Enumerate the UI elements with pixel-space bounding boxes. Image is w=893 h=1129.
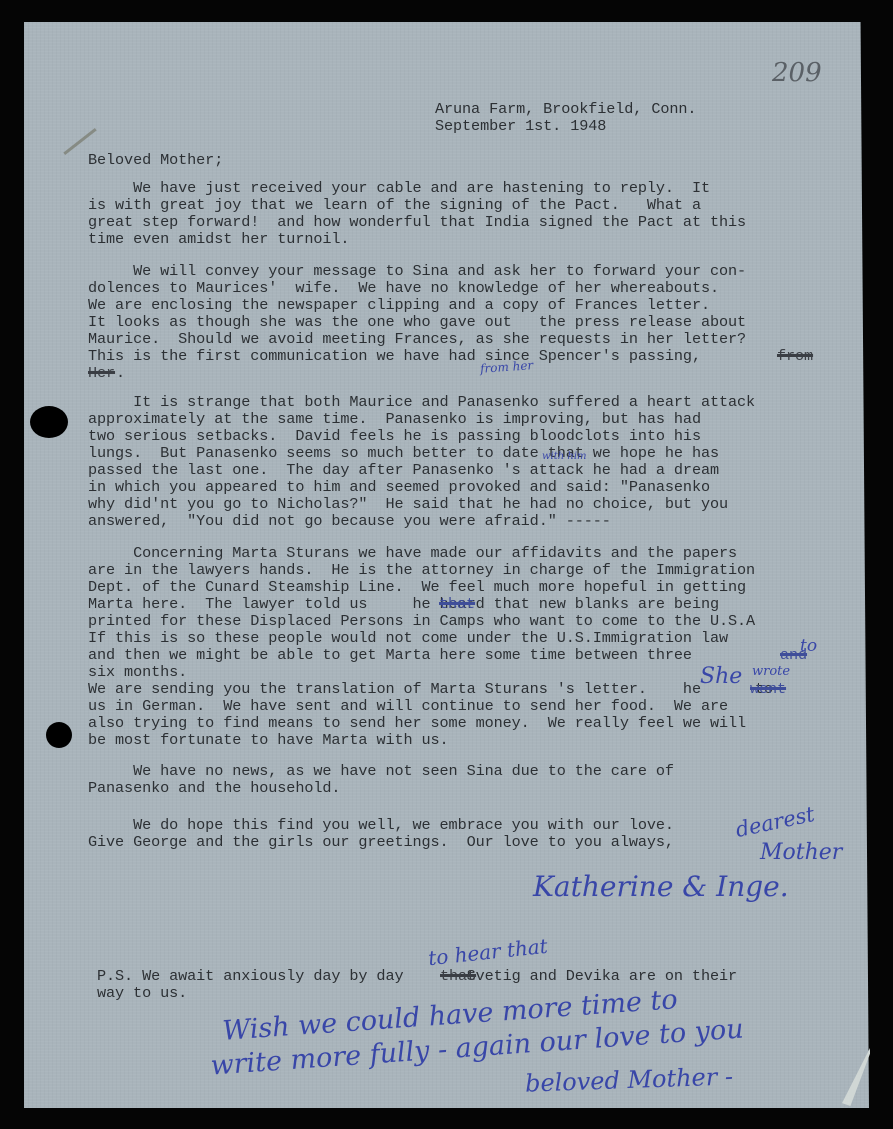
text-line: We do hope this find you well, we embrac… (88, 817, 674, 834)
text-line: We have no news, as we have not seen Sin… (88, 763, 674, 780)
text-line: answered, "You did not go because you we… (88, 513, 611, 530)
sender-address: Aruna Farm, Brookfield, Conn. (435, 101, 696, 118)
text-line: We are sending you the translation of Ma… (88, 681, 773, 698)
text-line: dolences to Maurices' wife. We have no k… (88, 280, 719, 297)
text-line: six months. (88, 664, 187, 681)
text-line: is with great joy that we learn of the s… (88, 197, 701, 214)
text-line: be most fortunate to have Marta with us. (88, 732, 449, 749)
text-line: us in German. We have sent and will cont… (88, 698, 728, 715)
struck-text: went (750, 681, 786, 698)
handwritten-insert: Mother (760, 840, 842, 865)
text-line: lungs. But Panasenko seems so much bette… (88, 445, 719, 462)
struck-text: that (440, 968, 476, 985)
text-line: Marta here. The lawyer told us he heard … (88, 596, 719, 613)
punch-hole-bottom (46, 722, 72, 748)
text-line: This is the first communication we have … (88, 348, 701, 365)
text-line: time even amidst her turnoil. (88, 231, 349, 248)
text-line: also trying to find means to send her so… (88, 715, 746, 732)
text-line: two serious setbacks. David feels he is … (88, 428, 701, 445)
handwritten-insert: She (700, 664, 742, 689)
page-number: 209 (772, 58, 822, 88)
text-line: P.S. We await anxiously day by day Sveti… (97, 968, 737, 985)
text-line: We have just received your cable and are… (88, 180, 710, 197)
text-line: . (116, 365, 125, 382)
letter-date: September 1st. 1948 (435, 118, 606, 135)
text-line: approximately at the same time. Panasenk… (88, 411, 701, 428)
struck-text: that (439, 596, 475, 613)
text-line: Concerning Marta Sturans we have made ou… (88, 545, 737, 562)
text-line: We are enclosing the newspaper clipping … (88, 297, 710, 314)
text-line: in which you appeared to him and seemed … (88, 479, 710, 496)
salutation: Beloved Mother; (88, 152, 223, 169)
text-line: It is strange that both Maurice and Pana… (88, 394, 755, 411)
text-line: If this is so these people would not com… (88, 630, 728, 647)
handwritten-insert: with him (542, 451, 587, 462)
text-line: printed for these Displaced Persons in C… (88, 613, 755, 630)
struck-text: Her (88, 365, 115, 382)
handwritten-insert: to (800, 636, 817, 656)
struck-text: from (777, 348, 813, 365)
text-line: great step forward! and how wonderful th… (88, 214, 746, 231)
handwritten-insert: wrote (752, 664, 790, 679)
signature: Katherine & Inge. (533, 870, 789, 903)
text-line: are in the lawyers hands. He is the atto… (88, 562, 755, 579)
text-line: It looks as though she was the one who g… (88, 314, 746, 331)
text-line: passed the last one. The day after Panas… (88, 462, 719, 479)
text-line: and then we might be able to get Marta h… (88, 647, 692, 664)
text-line: why did'nt you go to Nicholas?" He said … (88, 496, 728, 513)
text-line: Maurice. Should we avoid meeting Frances… (88, 331, 746, 348)
text-line: way to us. (97, 985, 187, 1002)
punch-hole-top (30, 406, 68, 438)
text-line: We will convey your message to Sina and … (88, 263, 746, 280)
text-line: Panasenko and the household. (88, 780, 340, 797)
text-line: Give George and the girls our greetings.… (88, 834, 674, 851)
text-line: Dept. of the Cunard Steamship Line. We f… (88, 579, 746, 596)
